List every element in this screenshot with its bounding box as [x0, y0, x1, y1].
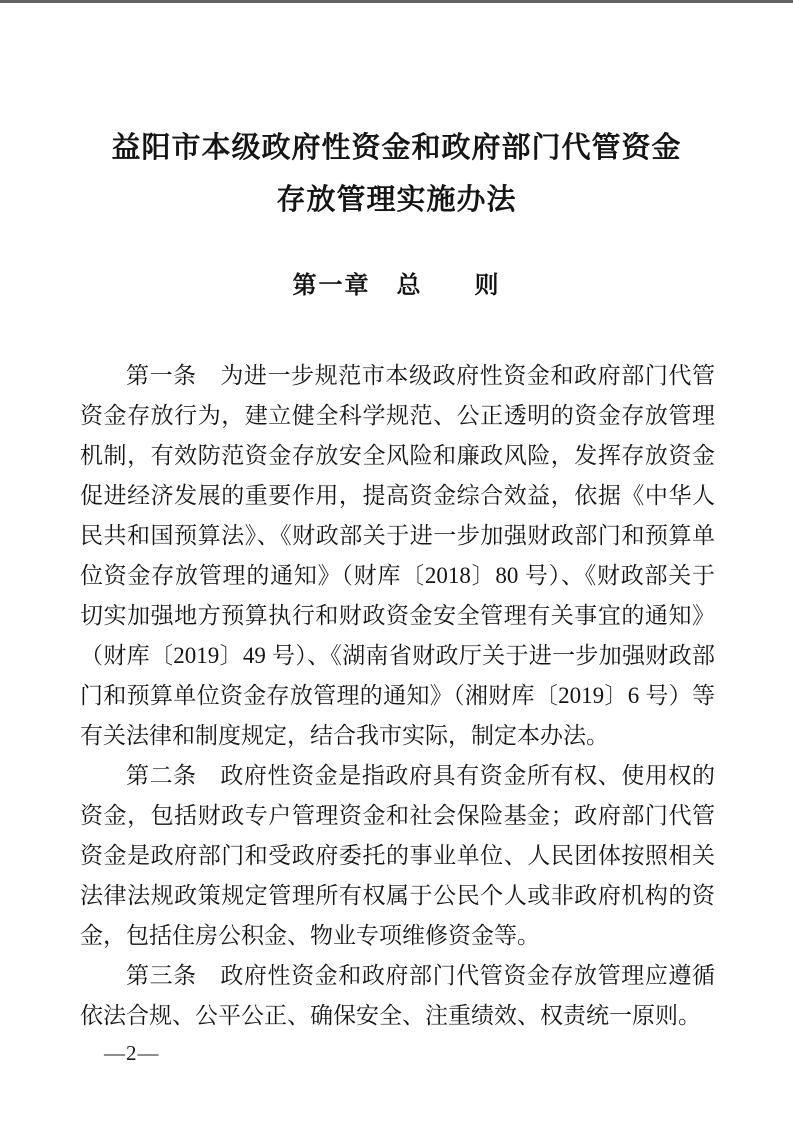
paragraph-article-3: 第三条 政府性资金和政府部门代管资金存放管理应遵循依法合规、公平公正、确保安全、… — [80, 956, 715, 1036]
page-number: —2— — [104, 1041, 160, 1066]
paragraph-article-1: 第一条 为进一步规范市本级政府性资金和政府部门代管资金存放行为，建立健全科学规范… — [80, 356, 715, 756]
document-title-line-1: 益阳市本级政府性资金和政府部门代管资金 — [0, 122, 793, 174]
chapter-heading: 第一章 总 则 — [0, 271, 793, 301]
scan-edge-artifact — [0, 0, 793, 3]
document-page: 益阳市本级政府性资金和政府部门代管资金 存放管理实施办法 第一章 总 则 第一条… — [0, 0, 793, 1122]
document-title: 益阳市本级政府性资金和政府部门代管资金 存放管理实施办法 — [0, 0, 793, 226]
paragraph-article-2: 第二条 政府性资金是指政府具有资金所有权、使用权的资金，包括财政专户管理资金和社… — [80, 756, 715, 956]
document-body: 第一条 为进一步规范市本级政府性资金和政府部门代管资金存放行为，建立健全科学规范… — [80, 356, 715, 1036]
document-title-line-2: 存放管理实施办法 — [0, 174, 793, 226]
